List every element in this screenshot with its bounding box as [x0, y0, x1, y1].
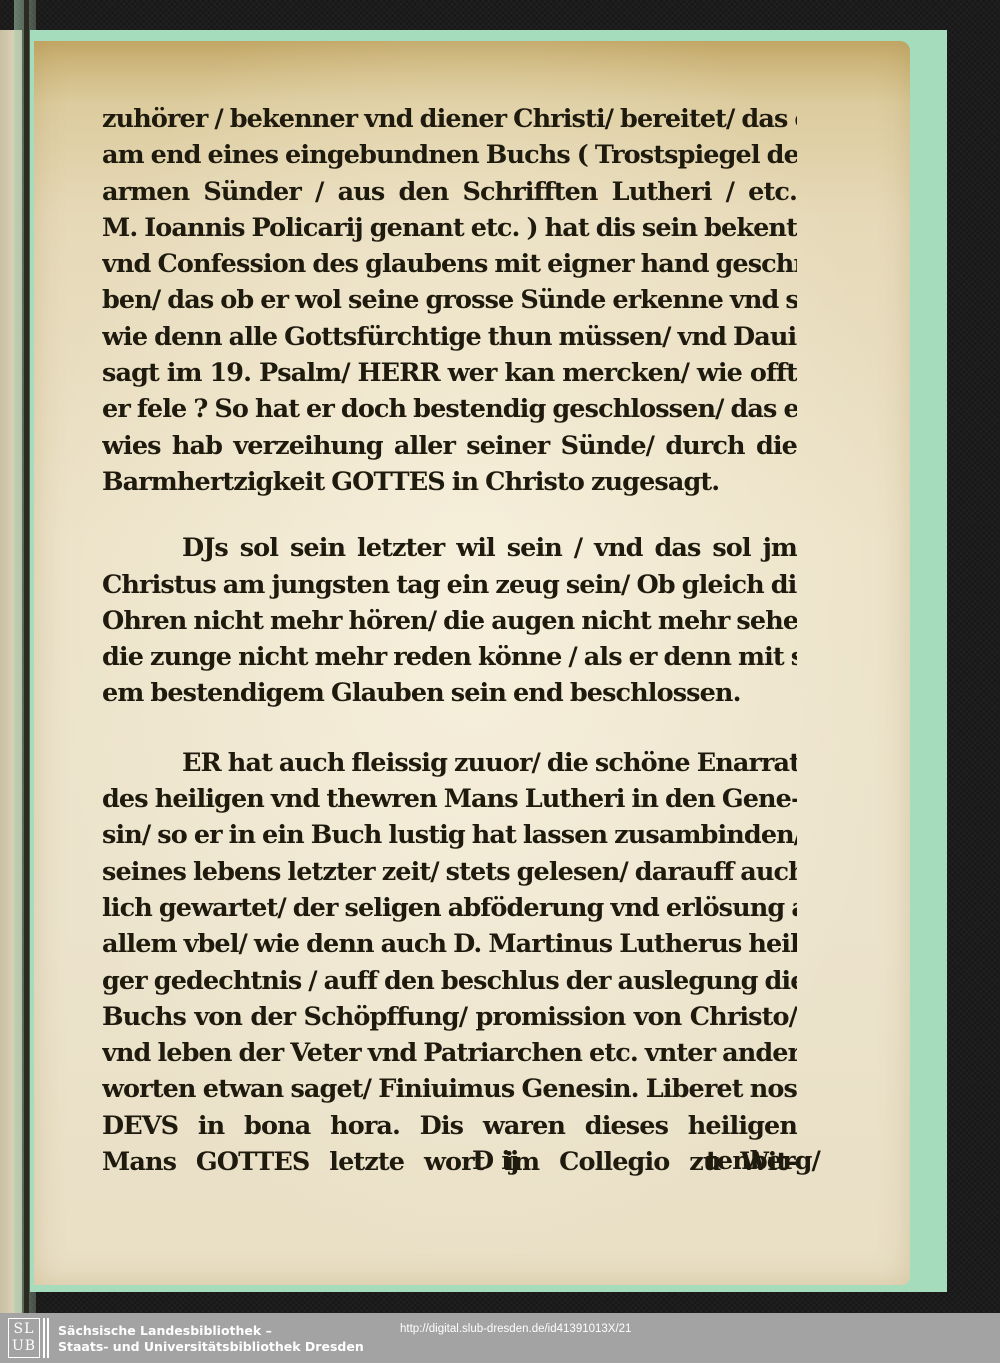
text-line: vnd leben der Veter vnd Patriarchen etc.… [102, 1035, 797, 1071]
slub-logo: SL UB [8, 1318, 50, 1358]
logo-text-top: SL [9, 1321, 39, 1338]
text-line: zuhörer / bekenner vnd diener Christi/ b… [102, 101, 797, 137]
text-line: am end eines eingebundnen Buchs ( Trosts… [102, 137, 797, 173]
text-line: vnd Confession des glaubens mit eigner h… [102, 246, 797, 282]
paragraph-2: DJs sol sein letzter wil sein / vnd das … [102, 530, 797, 711]
library-name-line-1: Sächsische Landesbibliothek – [58, 1323, 364, 1339]
text-line: sagt im 19. Psalm/ HERR wer kan mercken/… [102, 355, 797, 391]
text-line: sin/ so er in ein Buch lustig hat lassen… [102, 817, 797, 853]
slub-logo-box: SL UB [8, 1318, 40, 1358]
logo-bar [47, 1318, 49, 1358]
logo-text-bottom: UB [9, 1338, 39, 1355]
catchword: tenberg/ [706, 1143, 820, 1179]
text-line: wies hab verzeihung aller seiner Sünde/ … [102, 428, 797, 464]
text-line: DJs sol sein letzter wil sein / vnd das … [102, 530, 797, 566]
text-line: ger gedechtnis / auff den beschlus der a… [102, 963, 797, 999]
text-line: lich gewartet/ der seligen abföderung vn… [102, 890, 797, 926]
text-line: Ohren nicht mehr hören/ die augen nicht … [102, 603, 797, 639]
text-line: M. Ioannis Policarij genant etc. ) hat d… [102, 210, 797, 246]
text-line: Mans GOTTES letzte wort im Collegio zu W… [102, 1144, 797, 1180]
permalink[interactable]: http://digital.slub-dresden.de/id4139101… [400, 1323, 631, 1335]
text-line: em bestendigem Glauben sein end beschlos… [102, 675, 797, 711]
text-line: Barmhertzigkeit GOTTES in Christo zugesa… [102, 464, 797, 500]
paragraph-1: zuhörer / bekenner vnd diener Christi/ b… [102, 101, 797, 500]
text-line: allem vbel/ wie denn auch D. Martinus Lu… [102, 926, 797, 962]
library-name-line-2: Staats- und Universitätsbibliothek Dresd… [58, 1339, 364, 1355]
text-line: armen Sünder / aus den Schrifften Luther… [102, 174, 797, 210]
text-line: Buchs von der Schöpffung/ promission von… [102, 999, 797, 1035]
text-line: DEVS in bona hora. Dis waren dieses heil… [102, 1108, 797, 1144]
book-page: zuhörer / bekenner vnd diener Christi/ b… [34, 41, 910, 1285]
paragraph-3: ER hat auch fleissig zuuor/ die schöne E… [102, 745, 797, 1181]
page-text: zuhörer / bekenner vnd diener Christi/ b… [102, 101, 797, 1180]
text-line: wie denn alle Gottsfürchtige thun müssen… [102, 319, 797, 355]
library-footer: SL UB Sächsische Landesbibliothek – Staa… [0, 1313, 1000, 1363]
text-line: die zunge nicht mehr reden könne / als e… [102, 639, 797, 675]
library-name: Sächsische Landesbibliothek – Staats- un… [58, 1323, 364, 1355]
text-line: worten etwan saget/ Finiuimus Genesin. L… [102, 1071, 797, 1107]
text-line: er fele ? So hat er doch bestendig gesch… [102, 391, 797, 427]
signature-mark: D ij [472, 1143, 518, 1179]
text-line: ben/ das ob er wol seine grosse Sünde er… [102, 282, 797, 318]
text-line: Christus am jungsten tag ein zeug sein/ … [102, 567, 797, 603]
binding-gutter [24, 0, 29, 1313]
text-line: des heiligen vnd thewren Mans Lutheri in… [102, 781, 797, 817]
text-line: seines lebens letzter zeit/ stets gelese… [102, 854, 797, 890]
text-line: ER hat auch fleissig zuuor/ die schöne E… [102, 745, 797, 781]
logo-bar [43, 1318, 45, 1358]
